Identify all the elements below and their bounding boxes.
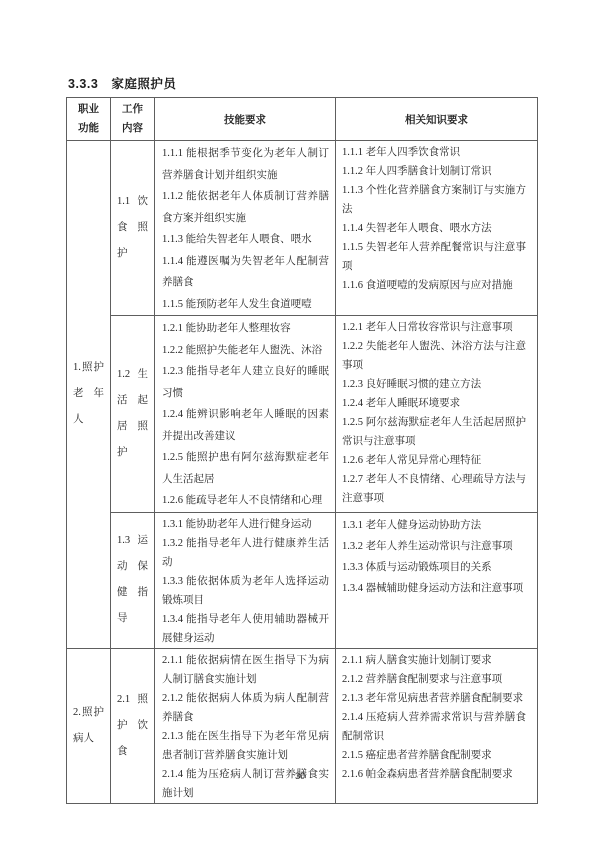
knowledge-item: 1.1.3 个性化营养膳食方案制订与实施方法 [342,181,526,219]
knowledge-item: 1.2.7 老年人不良情绪、心理疏导方法与注意事项 [342,470,526,508]
work-cell-diet-care: 1.1 饮食照护 [111,141,155,316]
knowledge-item: 1.2.6 老年人常见异常心理特征 [342,451,526,470]
skill-item: 1.2.1 能协助老年人整理妆容 [162,318,329,340]
table-header-row: 职业功能 工作内容 技能要求 相关知识要求 [67,98,538,141]
knowledge-item: 1.2.5 阿尔兹海默症老年人生活起居照护常识与注意事项 [342,413,526,451]
knowledge-item: 1.1.4 失智老年人喂食、喂水方法 [342,219,526,238]
table-row: 1.3 运动保健指导 1.3.1 能协助老年人进行健身运动 1.3.2 能指导老… [67,512,538,648]
skill-item: 1.1.1 能根据季节变化为老年人制订营养膳食计划并组织实施 [162,143,329,186]
header-skills: 技能要求 [155,98,336,141]
skill-item: 1.3.3 能依据体质为老年人选择运动锻炼项目 [162,572,329,610]
section-title: 家庭照护员 [111,77,176,91]
header-work: 工作内容 [111,98,155,141]
occupation-standard-table: 职业功能 工作内容 技能要求 相关知识要求 1.照护老年人 1.1 饮食照护 1… [66,97,538,804]
skill-item: 1.2.2 能照护失能老年人盥洗、沐浴 [162,340,329,362]
function-cell-elderly-care: 1.照护老年人 [67,141,111,649]
skill-item: 2.1.2 能依据病人体质为病人配制营养膳食 [162,689,329,727]
knowledge-item: 2.1.5 癌症患者营养膳食配制要求 [342,746,526,765]
skill-item: 1.1.2 能依据老年人体质制订营养膳食方案并组织实施 [162,186,329,229]
section-number: 3.3.3 [68,77,98,91]
knowledge-item: 1.1.5 失智老年人营养配餐常识与注意事项 [342,238,526,276]
skill-item: 2.1.3 能在医生指导下为老年常见病患者制订营养膳食实施计划 [162,727,329,765]
skill-item: 1.2.3 能指导老年人建立良好的睡眠习惯 [162,361,329,404]
section-heading: 3.3.3家庭照护员 [68,74,176,92]
skill-item: 1.1.3 能给失智老年人喂食、喂水 [162,229,329,251]
table-row: 1.照护老年人 1.1 饮食照护 1.1.1 能根据季节变化为老年人制订营养膳食… [67,141,538,316]
knowledge-item: 1.2.2 失能老年人盥洗、沐浴方法与注意事项 [342,337,526,375]
knowledge-item: 2.1.1 病人膳食实施计划制订要求 [342,651,526,670]
knowledge-cell-1-2: 1.2.1 老年人日常妆容常识与注意事项 1.2.2 失能老年人盥洗、沐浴方法与… [336,316,538,513]
knowledge-item: 1.3.4 器械辅助健身运动方法和注意事项 [342,578,526,599]
work-cell-daily-living-care: 1.2 生活起居照护 [111,316,155,513]
skill-item: 1.2.6 能疏导老年人不良情绪和心理 [162,490,329,512]
skill-item: 1.2.5 能照护患有阿尔兹海默症老年人生活起居 [162,447,329,490]
skill-item: 2.1.1 能依据病情在医生指导下为病人制订膳食实施计划 [162,651,329,689]
skill-item: 1.3.2 能指导老年人进行健康养生活动 [162,534,329,572]
work-cell-exercise-guidance: 1.3 运动保健指导 [111,512,155,648]
skill-item: 1.1.4 能遵医嘱为失智老年人配制营养膳食 [162,251,329,294]
knowledge-item: 2.1.2 营养膳食配制要求与注意事项 [342,670,526,689]
skill-item: 1.2.4 能辨识影响老年人睡眠的因素并提出改善建议 [162,404,329,447]
page-number: 30 [0,771,600,781]
knowledge-item: 1.3.1 老年人健身运动协助方法 [342,515,526,536]
knowledge-item: 2.1.4 压疮病人营养需求常识与营养膳食配制常识 [342,708,526,746]
skills-cell-1-1: 1.1.1 能根据季节变化为老年人制订营养膳食计划并组织实施 1.1.2 能依据… [155,141,336,316]
skill-item: 1.1.5 能预防老年人发生食道哽噎 [162,294,329,316]
knowledge-item: 2.1.3 老年常见病患者营养膳食配制要求 [342,689,526,708]
knowledge-cell-1-1: 1.1.1 老年人四季饮食常识 1.1.2 年人四季膳食计划制订常识 1.1.3… [336,141,538,316]
skill-item: 1.3.1 能协助老年人进行健身运动 [162,515,329,534]
knowledge-cell-1-3: 1.3.1 老年人健身运动协助方法 1.3.2 老年人养生运动常识与注意事项 1… [336,512,538,648]
knowledge-item: 1.2.3 良好睡眠习惯的建立方法 [342,375,526,394]
header-function: 职业功能 [67,98,111,141]
knowledge-item: 1.3.2 老年人养生运动常识与注意事项 [342,536,526,557]
knowledge-item: 1.2.1 老年人日常妆容常识与注意事项 [342,318,526,337]
knowledge-item: 1.1.2 年人四季膳食计划制订常识 [342,162,526,181]
knowledge-item: 1.1.1 老年人四季饮食常识 [342,143,526,162]
skill-item: 1.3.4 能指导老年人使用辅助器械开展健身运动 [162,610,329,648]
skills-cell-1-3: 1.3.1 能协助老年人进行健身运动 1.3.2 能指导老年人进行健康养生活动 … [155,512,336,648]
knowledge-item: 1.2.4 老年人睡眠环境要求 [342,394,526,413]
knowledge-item: 1.1.6 食道哽噎的发病原因与应对措施 [342,276,526,295]
table-row: 1.2 生活起居照护 1.2.1 能协助老年人整理妆容 1.2.2 能照护失能老… [67,316,538,513]
skills-cell-1-2: 1.2.1 能协助老年人整理妆容 1.2.2 能照护失能老年人盥洗、沐浴 1.2… [155,316,336,513]
knowledge-item: 1.3.3 体质与运动锻炼项目的关系 [342,557,526,578]
header-knowledge: 相关知识要求 [336,98,538,141]
